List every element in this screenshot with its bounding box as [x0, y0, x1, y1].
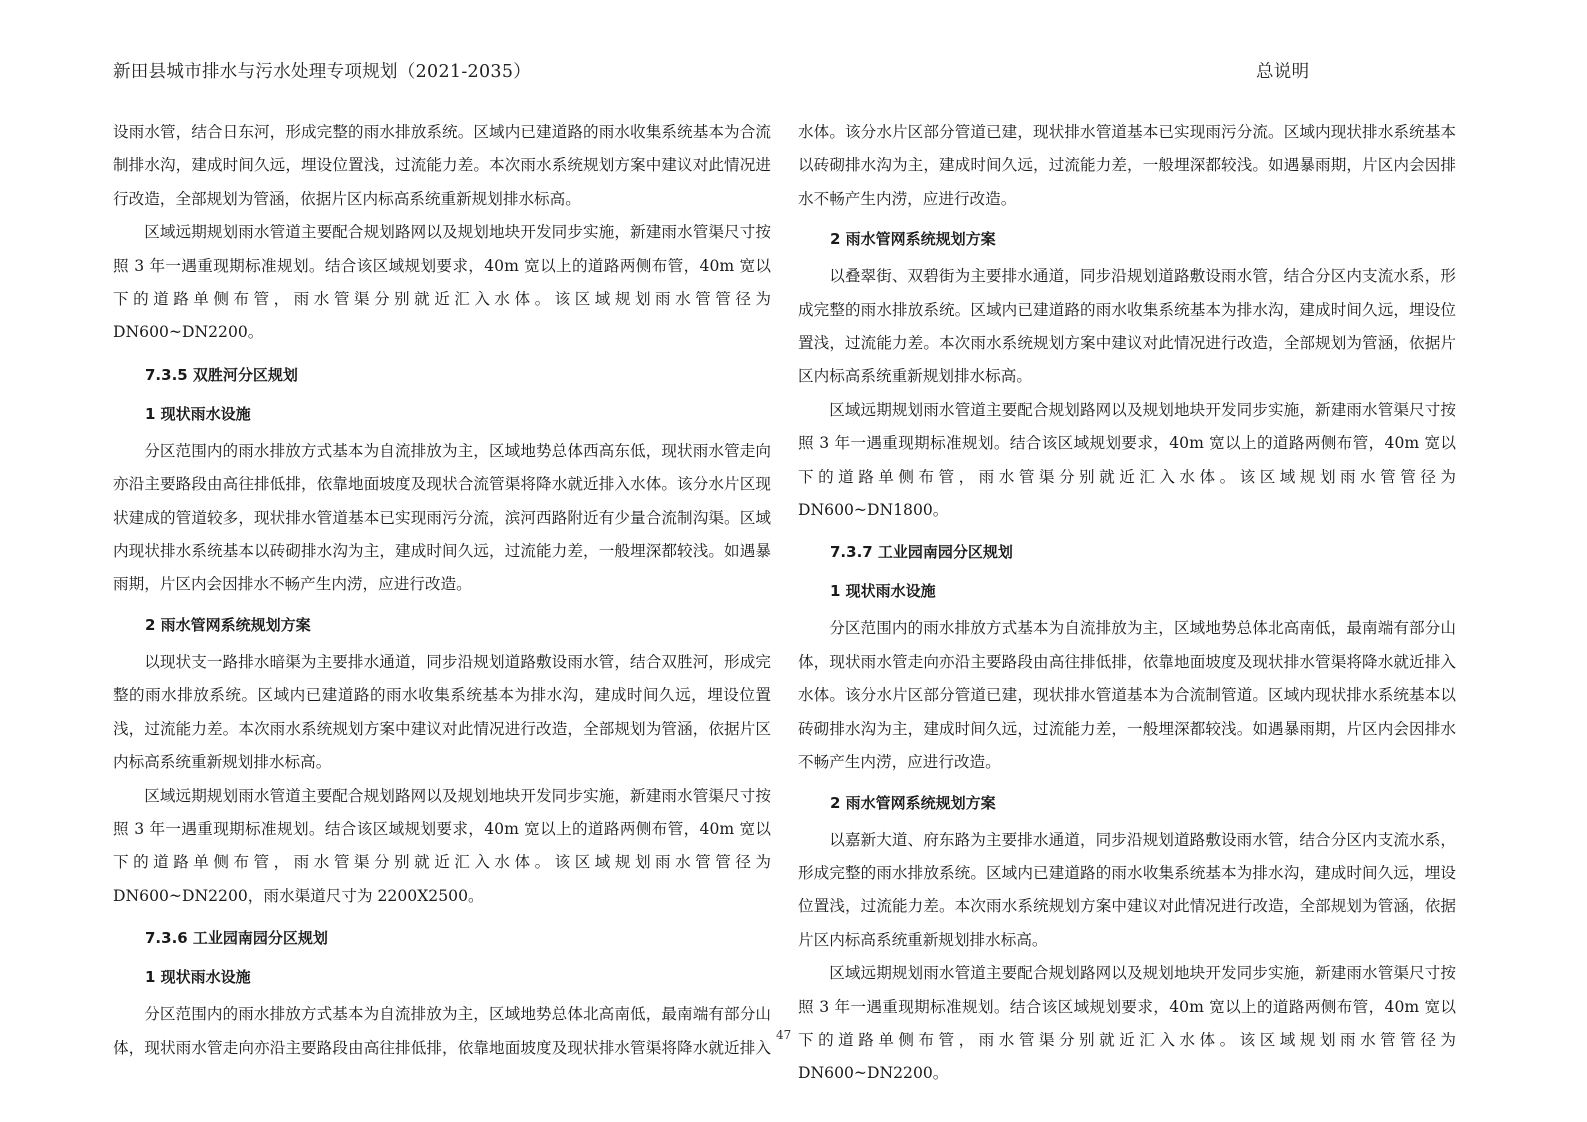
paragraph: 区域远期规划雨水管道主要配合规划路网以及规划地块开发同步实施，新建雨水管渠尺寸按… — [798, 957, 1456, 1091]
subheading: 1 现状雨水设施 — [798, 576, 1456, 606]
paragraph: 以嘉新大道、府东路为主要排水通道，同步沿规划道路敷设雨水管，结合分区内支流水系，… — [798, 824, 1456, 958]
subheading: 2 雨水管网系统规划方案 — [798, 788, 1456, 818]
subheading: 1 现状雨水设施 — [113, 399, 771, 429]
subheading: 1 现状雨水设施 — [113, 962, 771, 992]
paragraph: 设雨水管，结合日东河，形成完整的雨水排放系统。区域内已建道路的雨水收集系统基本为… — [113, 116, 771, 216]
paragraph: 区域远期规划雨水管道主要配合规划路网以及规划地块开发同步实施，新建雨水管渠尺寸按… — [113, 216, 771, 350]
subheading: 2 雨水管网系统规划方案 — [798, 224, 1456, 254]
paragraph: 水体。该分水片区部分管道已建，现状排水管道基本已实现雨污分流。区域内现状排水系统… — [798, 116, 1456, 216]
section-heading-7-3-7: 7.3.7 工业园南园分区规划 — [798, 537, 1456, 567]
paragraph: 区域远期规划雨水管道主要配合规划路网以及规划地块开发同步实施，新建雨水管渠尺寸按… — [798, 394, 1456, 528]
subheading: 2 雨水管网系统规划方案 — [113, 610, 771, 640]
right-column: 水体。该分水片区部分管道已建，现状排水管道基本已实现雨污分流。区域内现状排水系统… — [798, 116, 1456, 1091]
document-title: 新田县城市排水与污水处理专项规划（2021-2035） — [113, 58, 531, 83]
left-column: 设雨水管，结合日东河，形成完整的雨水排放系统。区域内已建道路的雨水收集系统基本为… — [113, 116, 771, 1065]
section-title: 总说明 — [1256, 58, 1309, 83]
paragraph: 分区范围内的雨水排放方式基本为自流排放为主，区域地势总体北高南低，最南端有部分山… — [798, 612, 1456, 779]
paragraph: 区域远期规划雨水管道主要配合规划路网以及规划地块开发同步实施，新建雨水管渠尺寸按… — [113, 780, 771, 914]
section-heading-7-3-6: 7.3.6 工业园南园分区规划 — [113, 923, 771, 953]
page-number: 47 — [776, 1028, 791, 1042]
paragraph: 分区范围内的雨水排放方式基本为自流排放为主，区域地势总体西高东低，现状雨水管走向… — [113, 435, 771, 602]
paragraph: 以现状支一路排水暗渠为主要排水通道，同步沿规划道路敷设雨水管，结合双胜河，形成完… — [113, 646, 771, 780]
paragraph: 以叠翠街、双碧街为主要排水通道，同步沿规划道路敷设雨水管，结合分区内支流水系，形… — [798, 260, 1456, 394]
paragraph: 分区范围内的雨水排放方式基本为自流排放为主，区域地势总体北高南低，最南端有部分山… — [113, 998, 771, 1065]
section-heading-7-3-5: 7.3.5 双胜河分区规划 — [113, 360, 771, 390]
